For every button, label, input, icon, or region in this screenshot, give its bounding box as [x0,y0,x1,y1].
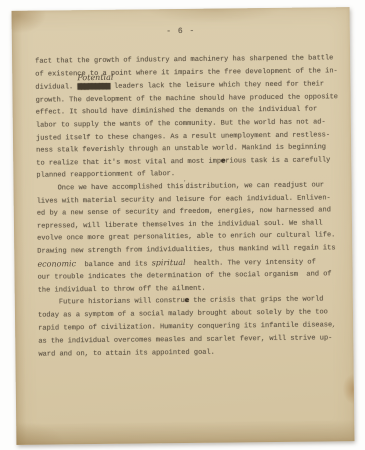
page-number: - 6 - [12,25,350,38]
typed-text-segment: health. The very intensity of [186,258,316,267]
typed-text: fact that the growth of industry and mac… [35,52,346,361]
typed-text-segment: Drawing new strength from individualitie… [37,244,335,255]
typed-text-segment: repressed, will liberate themselves in t… [37,219,323,230]
typed-text-segment: today as a symptom of a social malady br… [38,308,328,319]
typed-text-segment: ward and on, to attain its appointed goa… [38,348,215,358]
typed-text-segment: balance and its [76,260,152,269]
typed-text-segment: to realize that it's most vital and most… [36,157,221,167]
typed-text-segment: the crisis that grips the world [189,296,324,306]
typed-text-segment: ness stalk feverishly through an unstabl… [36,144,326,155]
handwritten-word: economic [37,259,76,268]
typed-text-segment: fact that the growth of industry and mac… [35,54,333,65]
typed-text-segment: leaders lack the leisure which they need… [110,81,324,91]
typed-text-segment: dividual. [35,83,77,91]
document-page: - 6 - fact that the growth of industry a… [12,7,355,445]
typed-text-segment: as the individual overcomes measles and … [38,334,332,345]
handwritten-word: spiritual [152,257,186,266]
typed-text-segment: our trouble indicates the determination … [38,270,332,281]
typed-text-segment: ed by a new sense of security and freedo… [37,206,331,217]
typed-text-segment: rious task is a carefully [225,156,330,165]
typed-text-segment: growth. The development of the machine s… [36,93,339,104]
typed-text-segment: evolve once more great personalities, ab… [37,232,335,243]
typed-text-segment: rapid tempo of civilization. Humanity co… [38,322,332,333]
typed-text-segment: planned reapportionment of labor. [36,170,175,180]
typed-text-segment: the individual to throw off the ailment. [38,284,206,294]
struck-out-word: █████████ [77,82,110,92]
typed-text-segment: justed itself to these changes. As a res… [36,131,330,142]
typed-text-segment: distribution, we can readjust our [185,181,324,191]
typed-text-segment: effect. It should have diminished the de… [36,106,318,117]
typed-text-segment: Future historians will constru [38,297,185,307]
typed-text-segment: labor to supply the wants of the communi… [36,118,326,129]
typed-text-segment: lives with material security and leisure… [37,194,331,205]
handwritten-word: , [332,320,335,329]
typed-text-segment: Once we have accomplished this [37,183,184,193]
text-line: ward and on, to attain its appointed goa… [38,345,346,361]
